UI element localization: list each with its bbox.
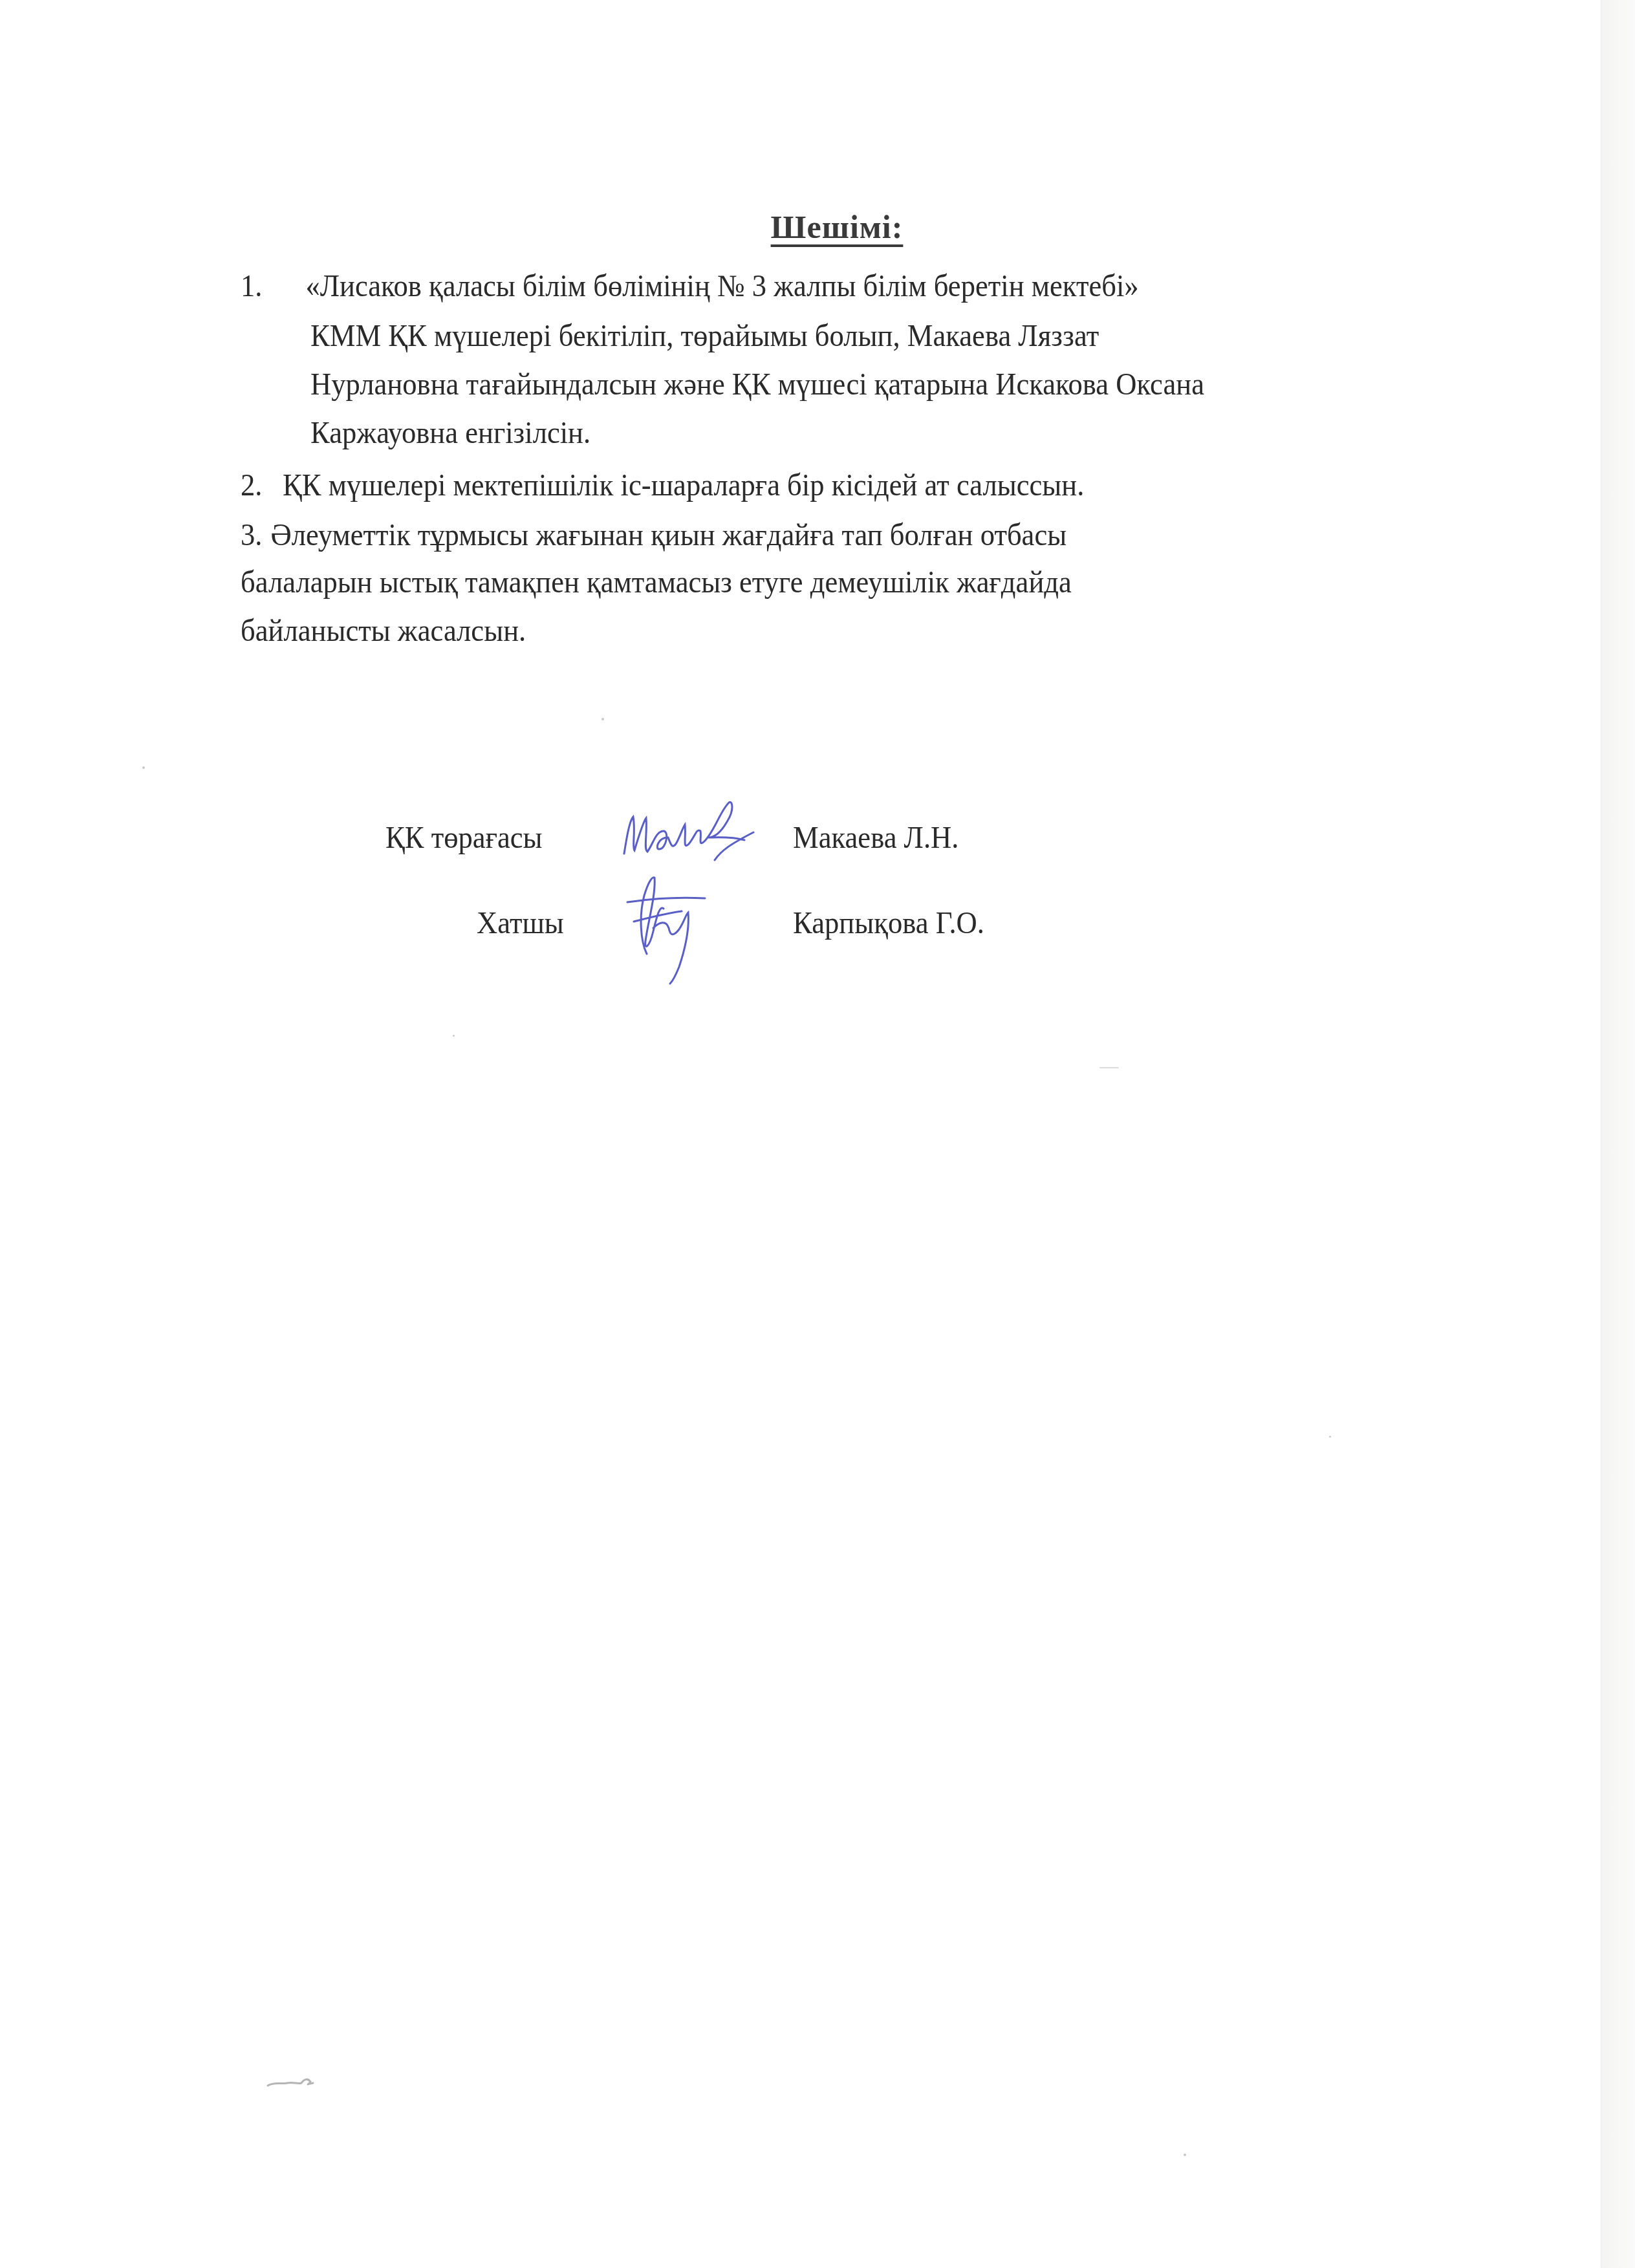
scan-mark bbox=[1099, 1067, 1119, 1068]
scan-speck bbox=[142, 766, 145, 769]
secretary-name: Карпықова Г.О. bbox=[793, 905, 984, 942]
scan-speck bbox=[601, 718, 604, 720]
title-text: Шешімі: bbox=[732, 209, 904, 245]
decision-item-1-line-4: Каржауовна енгізілсін. bbox=[310, 415, 590, 451]
scanned-page-edge bbox=[1601, 0, 1635, 2268]
scan-speck bbox=[1329, 1436, 1331, 1438]
decision-item-3-line-3: байланысты жасалсын. bbox=[241, 613, 526, 649]
item-number: 2. bbox=[241, 468, 283, 504]
item-number: 1. bbox=[241, 268, 305, 305]
decision-item-2: 2.ҚК мүшелері мектепішілік іс-шараларға … bbox=[241, 468, 1084, 504]
handwritten-signature-icon bbox=[618, 799, 766, 870]
handwritten-signature-icon bbox=[614, 870, 744, 986]
scan-speck bbox=[453, 1035, 455, 1037]
document-title: Шешімі: bbox=[0, 208, 1635, 246]
decision-item-3-line-2: балаларын ыстық тамақпен қамтамасыз етуг… bbox=[241, 565, 1072, 601]
decision-item-1: 1.«Лисаков қаласы білім бөлімінің № 3 жа… bbox=[241, 268, 1139, 305]
decision-item-3: 3.Әлеуметтік тұрмысы жағынан қиын жағдай… bbox=[241, 517, 1067, 554]
scan-scribble bbox=[265, 2073, 317, 2095]
item-line: Әлеуметтік тұрмысы жағынан қиын жағдайға… bbox=[271, 518, 1067, 552]
decision-item-1-line-3: Нурлановна тағайындалсын және ҚК мүшесі … bbox=[310, 367, 1204, 403]
secretary-signature bbox=[614, 870, 744, 989]
decision-item-1-line-2: КММ ҚК мүшелері бекітіліп, төрайымы болы… bbox=[310, 318, 1099, 354]
scan-speck bbox=[1184, 2154, 1186, 2156]
item-line: ҚК мүшелері мектепішілік іс-шараларға бі… bbox=[283, 468, 1084, 502]
chair-role-label: ҚК төрағасы bbox=[385, 820, 543, 856]
item-number: 3. bbox=[241, 517, 271, 554]
chair-signature bbox=[618, 799, 766, 873]
secretary-role-label: Хатшы bbox=[477, 905, 564, 942]
item-line: «Лисаков қаласы білім бөлімінің № 3 жалп… bbox=[305, 269, 1138, 303]
chair-name: Макаева Л.Н. bbox=[793, 820, 958, 856]
